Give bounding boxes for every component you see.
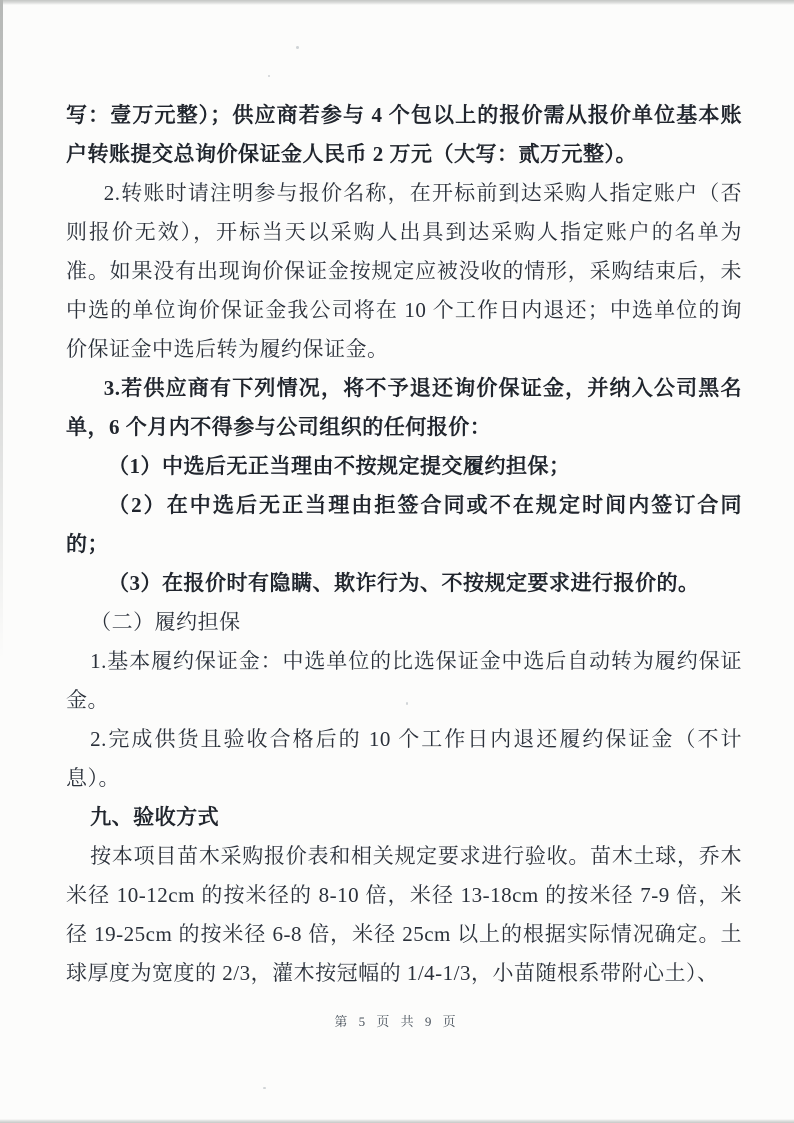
list-item-condition-3: （3）在报价时有隐瞒、欺诈行为、不按规定要求进行报价的。	[66, 564, 742, 603]
scan-edge-bottom	[0, 1119, 794, 1123]
scan-speck	[268, 75, 270, 77]
section-heading-acceptance-method: 九、验收方式	[66, 798, 742, 837]
paragraph-deposit-amount-continuation: 写：壹万元整）；供应商若参与 4 个包以上的报价需从报价单位基本账户转账提交总询…	[66, 96, 742, 174]
paragraph-basic-performance-deposit: 1.基本履约保证金：中选单位的比选保证金中选后自动转为履约保证金。	[66, 642, 742, 720]
scan-edge-top	[0, 0, 794, 5]
document-body: 写：壹万元整）；供应商若参与 4 个包以上的报价需从报价单位基本账户转账提交总询…	[66, 96, 742, 993]
paragraph-transfer-instructions: 2.转账时请注明参与报价名称，在开标前到达采购人指定账户（否则报价无效），开标当…	[66, 174, 742, 369]
paragraph-deposit-refund: 2.完成供货且验收合格后的 10 个工作日内退还履约保证金（不计息）。	[66, 720, 742, 798]
scanned-document-page: 写：壹万元整）；供应商若参与 4 个包以上的报价需从报价单位基本账户转账提交总询…	[0, 0, 794, 1123]
page-number-footer: 第 5 页 共 9 页	[0, 1014, 794, 1030]
paragraph-deposit-forfeit-conditions: 3.若供应商有下列情况，将不予退还询价保证金，并纳入公司黑名单，6 个月内不得参…	[66, 369, 742, 447]
scan-edge-left	[0, 0, 3, 660]
scan-speck	[296, 46, 299, 49]
page-number-text: 第 5 页 共 9 页	[334, 1014, 459, 1029]
scan-speck	[263, 1087, 266, 1089]
list-item-condition-2: （2）在中选后无正当理由拒签合同或不在规定时间内签订合同的；	[66, 486, 742, 564]
paragraph-acceptance-requirements: 按本项目苗木采购报价表和相关规定要求进行验收。苗木土球，乔木米径 10-12cm…	[66, 837, 742, 993]
list-item-condition-1: （1）中选后无正当理由不按规定提交履约担保；	[66, 447, 742, 486]
subheading-performance-guarantee: （二）履约担保	[66, 603, 742, 642]
